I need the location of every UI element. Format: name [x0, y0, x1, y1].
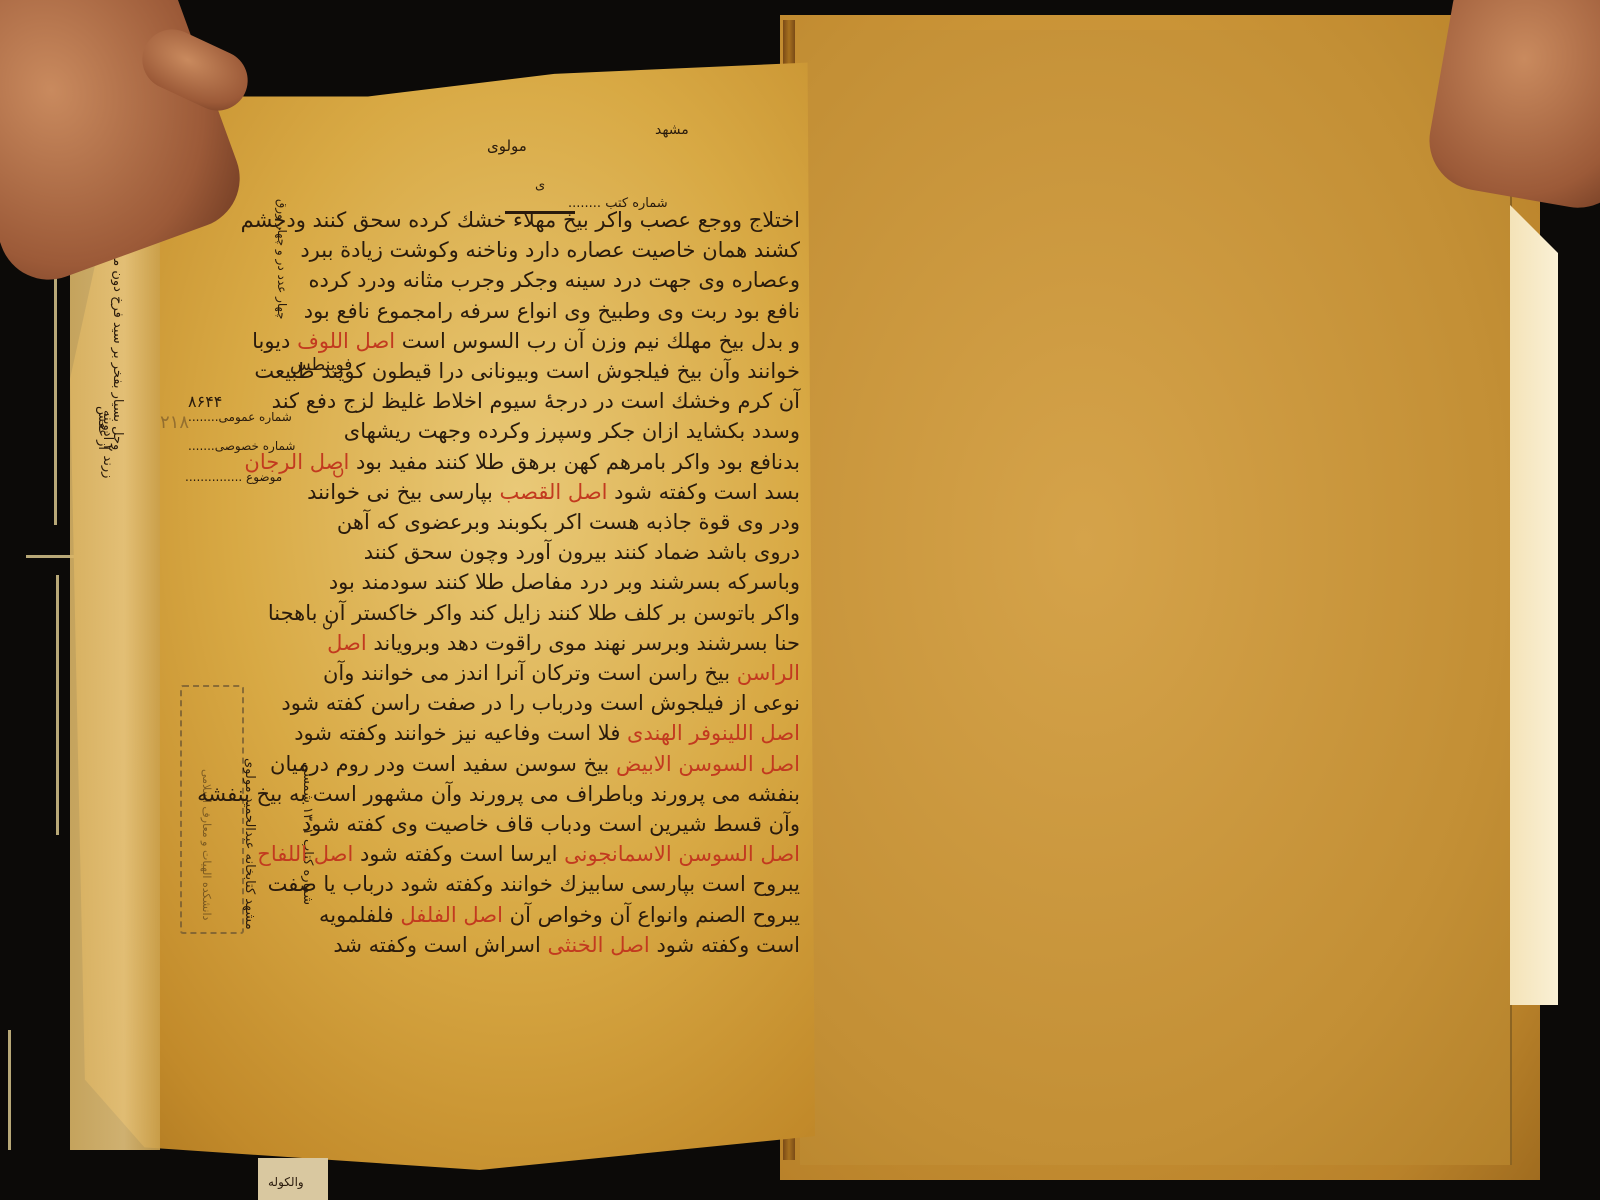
body-text: و بدل بیخ مهلك نیم وزن آن رب السوس است	[395, 329, 800, 353]
body-text: وسدد بکشاید ازان جکر وسپرز وکرده وجهت ری…	[344, 419, 800, 443]
body-text: بدنافع بود واکر بامرهم کهن برهق طلا کنند…	[349, 450, 800, 474]
bottom-tag-text: والکوله	[268, 1175, 304, 1189]
specific-number-value: ۲۱۸	[160, 412, 189, 433]
manuscript-line: کشند همان خاصیت عصاره دارد وناخنه وکوشت …	[330, 235, 800, 265]
manuscript-line: وسدد بکشاید ازان جکر وسپرز وکرده وجهت ری…	[330, 416, 800, 446]
rubric-heading: اصل السوسن الاسمانجونی	[564, 842, 800, 866]
ruler-line-horizontal	[26, 555, 74, 558]
manuscript-line: واکر باتوسن بر کلف طلا کنند زایل کند واک…	[330, 598, 800, 628]
flyleaf-note-2: زرند ۲ ادوینه	[100, 410, 115, 478]
body-text: وعصاره وی جهت درد سینه وجکر وجرب مثانه و…	[308, 268, 800, 292]
rubric-heading: اصل اللینوفر الهندی	[627, 721, 800, 745]
body-text: بسد است وکفته شود	[607, 480, 800, 504]
manuscript-line: آن کرم وخشك است در درجهٔ سیوم اخلاط غلیظ…	[330, 386, 800, 416]
manuscript-line: الراسن بیخ راسن است وترکان آنرا اندز می …	[330, 658, 800, 688]
body-text: واکر باتوسن بر کلف طلا کنند زایل کند واک…	[268, 601, 800, 625]
manuscript-line: وآن قسط شیرین است ودباب قاف خاصیت وی کفت…	[330, 809, 800, 839]
body-text: ایرسا است وکفته شود	[353, 842, 564, 866]
body-text: نافع بود ربت وی وطبیخ وی انواع سرفه رامج…	[304, 299, 800, 323]
manuscript-line: حنا بسرشند وبرسر نهند موی راقوت دهد وبرو…	[330, 628, 800, 658]
body-text: فلفلمویه	[319, 903, 400, 927]
body-text: اسراش است وکفته شد	[333, 933, 547, 957]
header-letter: ی	[535, 178, 545, 193]
ruler-line-bottom	[8, 1030, 11, 1150]
rubric-heading: اصل الفلفل	[400, 903, 503, 927]
manuscript-line: بنفشه می پرورند وباطراف می پرورند وآن مش…	[330, 779, 800, 809]
body-text: خوانند وآن بیخ فیلجوش است وبیونانی درا ق…	[254, 359, 800, 383]
body-text: حنا بسرشند وبرسر نهند موی راقوت دهد وبرو…	[367, 631, 800, 655]
general-number-value: ۸۶۴۴	[188, 392, 222, 411]
manuscript-line: و بدل بیخ مهلك نیم وزن آن رب السوس است ا…	[330, 326, 800, 356]
manuscript-line: یبروح است بپارسی سابیزك خوانند وکفته شود…	[330, 869, 800, 899]
manuscript-line: خوانند وآن بیخ فیلجوش است وبیونانی درا ق…	[330, 356, 800, 386]
body-text: وآن قسط شیرین است ودباب قاف خاصیت وی کفت…	[302, 812, 800, 836]
rubric-heading: اصل القصب	[500, 480, 608, 504]
manuscript-line: اصل السوسن الابیض بیخ سوسن سفید است ودر …	[330, 749, 800, 779]
body-text: وباسرکه بسرشند وبر درد مفاصل طلا کنند سو…	[329, 570, 800, 594]
manuscript-line: است وکفته شود اصل الخنثی اسراش است وکفته…	[330, 930, 800, 960]
rubric-heading: اصل السوسن الابیض	[616, 752, 800, 776]
manuscript-line: ودر وی قوة جاذبه هست اکر بکوبند وبرعضوی …	[330, 507, 800, 537]
rubric-heading: الراسن	[737, 661, 800, 685]
manuscript-line: وباسرکه بسرشند وبر درد مفاصل طلا کنند سو…	[330, 567, 800, 597]
manuscript-line: وعصاره وی جهت درد سینه وجکر وجرب مثانه و…	[330, 265, 800, 295]
manuscript-line: نوعی از فیلجوش است ودرباب را در صفت راسن…	[330, 688, 800, 718]
body-text: نوعی از فیلجوش است ودرباب را در صفت راسن…	[281, 691, 800, 715]
body-text: کشند همان خاصیت عصاره دارد وناخنه وکوشت …	[300, 238, 800, 262]
rubric-heading: اصل اللوف	[297, 329, 395, 353]
manuscript-line: بدنافع بود واکر بامرهم کهن برهق طلا کنند…	[330, 447, 800, 477]
rubric-heading: اصل اللفاح	[257, 842, 353, 866]
body-text: یبروح الصنم وانواع آن وخواص آن	[503, 903, 800, 927]
loose-white-sheet	[1510, 205, 1558, 1005]
right-page-blank	[800, 30, 1512, 1165]
body-text: فلا است وفاعیه نیز خوانند وکفته شود	[294, 721, 627, 745]
manuscript-line: اصل اللینوفر الهندی فلا است وفاعیه نیز خ…	[330, 718, 800, 748]
manuscript-line: یبروح الصنم وانواع آن وخواص آن اصل الفلف…	[330, 900, 800, 930]
manuscript-line: دروی باشد ضماد کنند بیرون آورد وچون سحق …	[330, 537, 800, 567]
manuscript-line: نافع بود ربت وی وطبیخ وی انواع سرفه رامج…	[330, 296, 800, 326]
body-text: دروی باشد ضماد کنند بیرون آورد وچون سحق …	[364, 540, 800, 564]
body-text: اختلاج ووجع عصب واکر بیخ مهلاء خشك کرده …	[241, 208, 800, 232]
manuscript-line: اصل السوسن الاسمانجونی ایرسا است وکفته ش…	[330, 839, 800, 869]
body-text: بپارسی بیخ نی خوانند	[307, 480, 499, 504]
manuscript-line: اختلاج ووجع عصب واکر بیخ مهلاء خشك کرده …	[330, 205, 800, 235]
ruler-line-vertical-lower	[56, 575, 59, 835]
rubric-heading: اصل الرجان	[244, 450, 349, 474]
body-text: ودر وی قوة جاذبه هست اکر بکوبند وبرعضوی …	[337, 510, 800, 534]
header-city: مشهد	[655, 122, 689, 138]
rubric-heading: اصل الخنثی	[548, 933, 650, 957]
body-text: بیخ راسن است وترکان آنرا اندز می خوانند …	[323, 661, 737, 685]
body-text: است وکفته شود	[650, 933, 800, 957]
manuscript-text: اختلاج ووجع عصب واکر بیخ مهلاء خشك کرده …	[330, 205, 800, 960]
body-text: بنفشه می پرورند وباطراف می پرورند وآن مش…	[197, 782, 800, 806]
header-name: مولوی	[487, 137, 527, 155]
body-text: بیخ سوسن سفید است ودر روم درمیان	[270, 752, 616, 776]
ruler-line-vertical	[54, 270, 57, 525]
rubric-heading: اصل	[327, 631, 367, 655]
manuscript-line: بسد است وکفته شود اصل القصب بپارسی بیخ ن…	[330, 477, 800, 507]
body-text: آن کرم وخشك است در درجهٔ سیوم اخلاط غلیظ…	[272, 389, 800, 413]
body-text: دیوبا	[252, 329, 297, 353]
body-text: یبروح است بپارسی سابیزك خوانند وکفته شود…	[268, 872, 800, 896]
library-stamp-text: مشهد کتابخانه عبدالحمید مولوی	[242, 690, 257, 930]
